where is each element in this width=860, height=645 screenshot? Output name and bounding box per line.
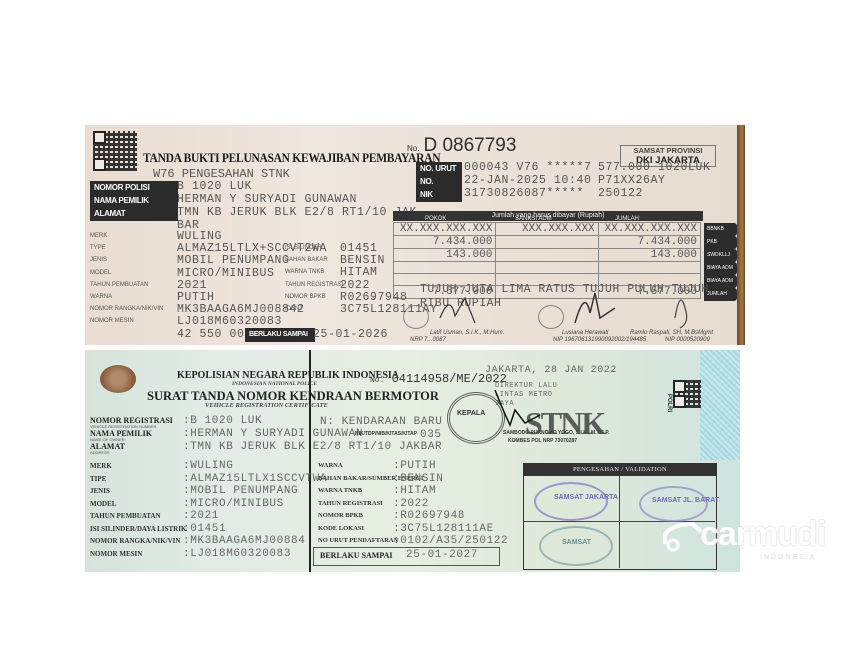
- validation-stamp-icon: [534, 482, 608, 521]
- label-no-urut: NO. URUT: [416, 162, 462, 176]
- stnk-vehicle-label: KODE LOKASI: [318, 525, 364, 532]
- vehicle-label: ISI SILINDER: [285, 245, 322, 251]
- stnk-vehicle-value: :MICRO/MINIBUS: [183, 498, 284, 510]
- car-logo-icon: [663, 518, 703, 552]
- kitas-label: NIK/TDP/NIB/KITAS/KITAP: [355, 431, 417, 437]
- payment-header: POKOK: [425, 216, 446, 222]
- payment-cell: 143.000: [394, 249, 496, 262]
- value-berlaku-sampai: 25-01-2026: [313, 328, 388, 341]
- stnk-vehicle-label: MODEL: [90, 500, 116, 508]
- issued-place-date: JAKARTA, 28 JAN 2022: [485, 365, 617, 376]
- stnk-owner-value: :TMN KB JERUK BLK E2/8 RT1/10 JAKBAR: [183, 441, 442, 453]
- validation-stamp-text: SAMSAT JAKARTA: [554, 494, 618, 501]
- stnk-vehicle-value: :HITAM: [393, 485, 436, 497]
- extra-no-urut: 577.000 1020LUK: [598, 161, 711, 174]
- stnk-vehicle-label: TAHUN PEMBUATAN: [90, 512, 161, 520]
- stnk-vehicle-value: :2022: [393, 498, 429, 510]
- payment-side-tab: BIAYA ADM STNK: [704, 262, 737, 275]
- stnk-vehicle-label: WARNA TNKB: [318, 487, 362, 494]
- payment-side-tab: BBNKB: [704, 223, 737, 236]
- stnk-signature-icon: [490, 385, 550, 440]
- label-nomor-polisi: NOMOR POLISI: [90, 181, 178, 195]
- validation-header: PENGESAHAN / VALIDATION: [524, 464, 716, 476]
- payment-cell: [598, 262, 700, 274]
- stnk-vehicle-label: MERK: [90, 462, 112, 470]
- vehicle-value: MICRO/MINIBUS: [177, 267, 275, 280]
- label-berlaku-sampai: BERLAKU SAMPAI: [245, 328, 315, 342]
- label-nama-pemilik: NAMA PEMILIK: [90, 194, 178, 208]
- vehicle-value: 01451: [340, 242, 378, 255]
- stnk-card: KEPOLISIAN NEGARA REPUBLIK INDONESIA IND…: [85, 350, 740, 572]
- vehicle-value: 2021: [177, 279, 207, 292]
- payment-cell: [496, 236, 598, 249]
- stamp-text: KEPALA: [457, 410, 485, 417]
- value-no-kohir: 22-JAN-2025 10:40: [464, 174, 592, 187]
- value-no-urut: 000043 V76 *****7: [464, 161, 592, 174]
- vehicle-label: TAHUN REGISTRASI: [285, 282, 343, 288]
- police-label: POLRI: [666, 394, 672, 412]
- vehicle-label: BAHAN BAKAR: [285, 257, 328, 263]
- signatures-icon: [435, 288, 735, 333]
- signatory-2-id: NIP 196706131990092002/194485: [553, 337, 646, 343]
- payment-cell: [496, 262, 598, 274]
- payment-header: SANKSI ADM: [515, 216, 552, 222]
- stnk-header: KEPOLISIAN NEGARA REPUBLIK INDONESIA: [177, 370, 399, 381]
- stnk-title-sub: VEHICLE REGISTRATION CERTIFICATE: [205, 402, 328, 409]
- police-emblem-icon: [100, 365, 136, 393]
- stnk-vehicle-label: WARNA: [318, 462, 343, 469]
- label-no-kohir: NO. KOHIR: [416, 175, 462, 189]
- kitas-value: 035: [420, 429, 442, 441]
- stnk-vehicle-label: TIPE: [90, 475, 106, 483]
- payment-row: 7.434.0007.434.000: [394, 236, 701, 249]
- berlaku-sampai-box: BERLAKU SAMPAI 25-01-2027: [313, 547, 500, 566]
- stnk-owner-value: :HERMAN Y SURYADI GUNAWAN: [183, 428, 363, 440]
- value-nomor-polisi: B 1020 LUK: [177, 180, 252, 193]
- registration-status: N: KENDARAAN BARU: [320, 416, 442, 428]
- value-alamat: TMN KB JERUK BLK E2/8 RT1/10 JAK: [177, 206, 417, 219]
- stnk-vehicle-value: :0102/A35/250122: [393, 535, 508, 547]
- payment-receipt: TANDA BUKTI PELUNASAN KEWAJIBAN PEMBAYAR…: [85, 125, 745, 345]
- stnk-vehicle-value: :LJ018M60320083: [183, 548, 291, 560]
- payment-cell: XX.XXX.XXX.XXX: [394, 223, 496, 236]
- stnk-vehicle-label: NO URUT PENDAFTARAN: [318, 537, 398, 544]
- label-alamat: ALAMAT: [90, 207, 178, 221]
- vehicle-label: WARNA: [90, 294, 112, 300]
- vehicle-label: IDENT: [285, 306, 303, 312]
- stnk-vehicle-label: ISI SILINDER/DAYA LISTRIK: [90, 525, 186, 533]
- payment-cell: XXX.XXX.XXX: [496, 223, 598, 236]
- payment-cell: [496, 249, 598, 262]
- value-nik: 31730826087*****: [464, 187, 584, 200]
- stnk-vehicle-value: :01451: [183, 523, 226, 535]
- qr-code-icon: [93, 131, 137, 171]
- stnk-vehicle-label: TAHUN REGISTRASI: [318, 500, 383, 507]
- payment-cell: 143.000: [598, 249, 700, 262]
- vehicle-label: WARNA TNKB: [285, 269, 324, 275]
- stnk-vehicle-label: JENIS: [90, 487, 110, 495]
- value-berlaku-sampai: 25-01-2027: [406, 549, 478, 561]
- payment-side-tab: PKB: [704, 236, 737, 249]
- payment-side-tab: SWDKLLJ: [704, 249, 737, 262]
- payment-cell: 7.434.000: [394, 236, 496, 249]
- stnk-vehicle-value: :WULING: [183, 460, 233, 472]
- torn-edge: [737, 125, 745, 345]
- payment-cell: XX.XXX.XXX.XXX: [598, 223, 700, 236]
- receipt-subtitle: W76 PENGESAHAN STNK: [153, 167, 290, 181]
- label-berlaku-sampai: BERLAKU SAMPAI: [320, 551, 393, 560]
- payment-cell: [394, 262, 496, 274]
- carmudi-watermark: carmudi: [700, 515, 825, 554]
- label-nik: NIK: [416, 188, 462, 202]
- stnk-vehicle-value: :MK3BAAGA6MJ00884: [183, 535, 305, 547]
- vehicle-value: R02697948: [340, 291, 408, 304]
- stnk-vehicle-value: :BENSIN: [393, 473, 443, 485]
- stnk-vehicle-value: :MOBIL PENUMPANG: [183, 485, 298, 497]
- stnk-vehicle-value: :3C75L128111AE: [393, 523, 494, 535]
- vehicle-label: MERK: [90, 233, 107, 239]
- stnk-vehicle-value: :R02697948: [393, 510, 465, 522]
- vehicle-value: BENSIN: [340, 254, 385, 267]
- validation-stamp-icon: [539, 526, 613, 566]
- extra-nik: 250122: [598, 187, 643, 200]
- stnk-header-sub: INDONESIAN NATIONAL POLICE: [232, 381, 317, 387]
- receipt-number: No.D 0867793: [407, 135, 516, 157]
- vehicle-value: PUTIH: [177, 291, 215, 304]
- carmudi-watermark-sub: INDONESIA: [760, 554, 817, 561]
- stnk-vehicle-value: :PUTIH: [393, 460, 436, 472]
- vehicle-value: 2022: [340, 279, 370, 292]
- vehicle-label: MODEL: [90, 270, 111, 276]
- vehicle-label: NOMOR RANGKA/NIK/VIN: [90, 306, 163, 312]
- security-band: [700, 350, 740, 460]
- vehicle-label: TAHUN PEMBUATAN: [90, 282, 148, 288]
- vehicle-label: NOMOR MESIN: [90, 318, 134, 324]
- vehicle-value: MOBIL PENUMPANG: [177, 254, 290, 267]
- qr-code-icon: [673, 380, 701, 408]
- stnk-vehicle-label: NOMOR MESIN: [90, 550, 142, 558]
- vehicle-value: HITAM: [340, 266, 378, 279]
- receipt-title: TANDA BUKTI PELUNASAN KEWAJIBAN PEMBAYAR…: [143, 151, 440, 166]
- stnk-owner-sublabel: ADDRESS: [90, 450, 109, 455]
- validation-box: PENGESAHAN / VALIDATION SAMSAT JAKARTA S…: [523, 463, 717, 570]
- signatory-1-id: NRP 7...0087: [410, 337, 446, 343]
- stnk-vehicle-label: NOMOR RANGKA/NIK/VIN: [90, 537, 180, 545]
- payment-row: [394, 262, 701, 274]
- stnk-vehicle-label: NOMOR BPKB: [318, 512, 363, 519]
- signatory-3-id: NIP 0000520909: [665, 337, 710, 343]
- stnk-owner-value: :B 1020 LUK: [183, 415, 262, 427]
- payment-row: 143.000143.000: [394, 249, 701, 262]
- vehicle-label: NOMOR BPKB: [285, 294, 326, 300]
- vehicle-value: LJ018M60320083: [177, 315, 282, 328]
- extra-no-kohir: P71XX26AY: [598, 174, 666, 187]
- validation-stamp-text: SAMSAT JL. BARAT: [652, 497, 719, 504]
- vehicle-value: WULING: [177, 230, 222, 243]
- stnk-vehicle-value: :ALMAZ15LTLX1SCCVTWA: [183, 473, 327, 485]
- stnk-vehicle-value: :2021: [183, 510, 219, 522]
- vehicle-label: JENIS: [90, 257, 107, 263]
- payment-row: XX.XXX.XXX.XXXXXX.XXX.XXXXX.XXX.XXX.XXX: [394, 223, 701, 236]
- validation-stamp-text: SAMSAT: [562, 539, 591, 546]
- value-nama-pemilik: HERMAN Y SURYADI GUNAWAN: [177, 193, 357, 206]
- validation-stamp-icon: [639, 486, 708, 522]
- vehicle-value: 42 550 002: [177, 328, 252, 341]
- payment-cell: 7.434.000: [598, 236, 700, 249]
- payment-header: JUMLAH: [615, 216, 639, 222]
- vehicle-label: TYPE: [90, 245, 106, 251]
- stamp-icon: [403, 305, 429, 329]
